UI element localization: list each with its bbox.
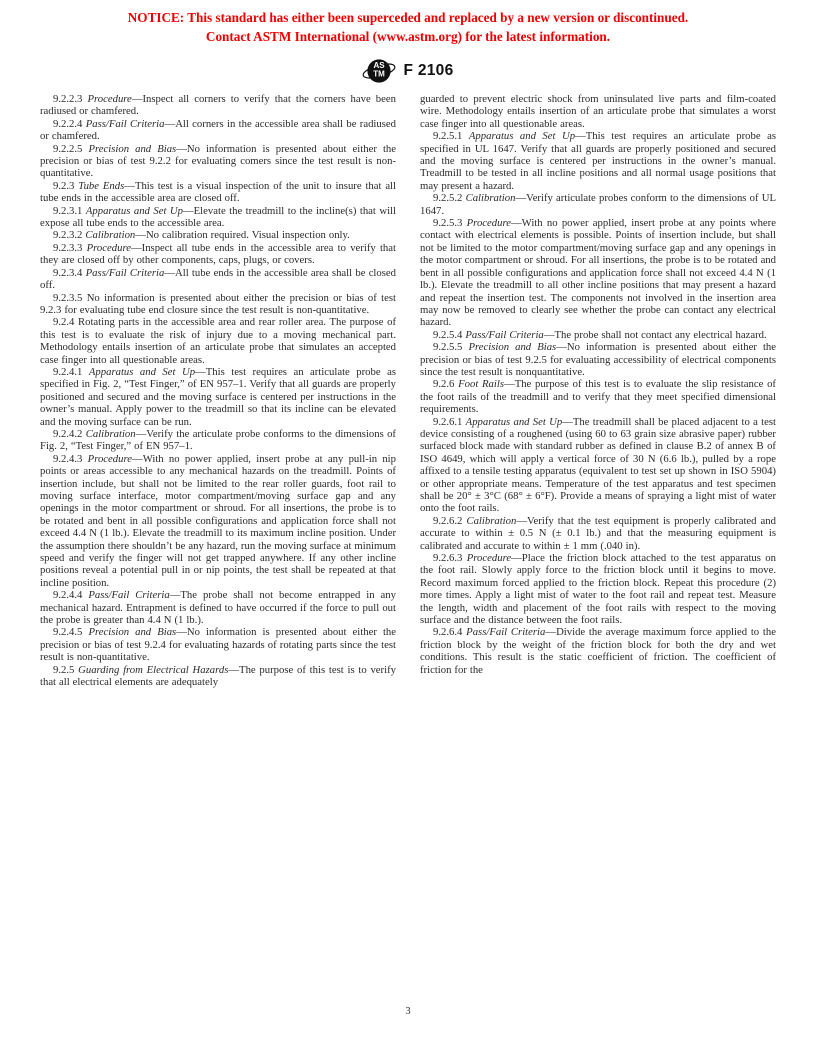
section-heading: Calibration (85, 229, 135, 241)
section-paragraph: 9.2.5.3 Procedure—With no power applied,… (420, 217, 776, 329)
section-heading: Pass/Fail Criteria (86, 267, 165, 279)
section-heading: Apparatus and Set Up (469, 130, 575, 142)
section-number: 9.2.3.5 (53, 292, 87, 304)
section-paragraph: 9.2.4 Rotating parts in the accessible a… (40, 316, 396, 366)
section-paragraph: 9.2.3.5 No information is presented abou… (40, 292, 396, 317)
section-number: 9.2.6.1 (433, 416, 466, 428)
section-heading: Calibration (466, 515, 516, 527)
section-paragraph: 9.2.6.2 Calibration—Verify that the test… (420, 515, 776, 552)
section-number: 9.2.6.4 (433, 626, 466, 638)
section-number: 9.2.5.2 (433, 192, 466, 204)
section-paragraph: 9.2.4.5 Precision and Bias—No informatio… (40, 626, 396, 663)
section-number: 9.2.4.5 (53, 626, 88, 638)
section-heading: Calibration (466, 192, 516, 204)
document-page: NOTICE: This standard has either been su… (0, 0, 816, 1056)
section-heading: Pass/Fail Criteria (465, 329, 543, 341)
notice-line-1: NOTICE: This standard has either been su… (0, 8, 816, 27)
section-paragraph: 9.2.5.5 Precision and Bias—No informatio… (420, 341, 776, 378)
notice-line-2: Contact ASTM International (www.astm.org… (0, 27, 816, 46)
section-paragraph: 9.2.4.2 Calibration—Verify the articulat… (40, 428, 396, 453)
section-number: 9.2.3.1 (53, 205, 86, 217)
section-paragraph: 9.2.5.4 Pass/Fail Criteria—The probe sha… (420, 329, 776, 341)
section-number: 9.2.4.4 (53, 589, 88, 601)
section-number: 9.2.6 (433, 378, 458, 390)
section-paragraph: 9.2.5 Guarding from Electrical Hazards—T… (40, 664, 396, 689)
section-paragraph: 9.2.5.1 Apparatus and Set Up—This test r… (420, 130, 776, 192)
section-paragraph: 9.2.3.1 Apparatus and Set Up—Elevate the… (40, 205, 396, 230)
supersession-notice: NOTICE: This standard has either been su… (0, 0, 816, 46)
section-number: 9.2.3.3 (53, 242, 87, 254)
section-paragraph: 9.2.4.4 Pass/Fail Criteria—The probe sha… (40, 589, 396, 626)
section-heading: Procedure (87, 93, 131, 105)
section-number: 9.2.5.4 (433, 329, 465, 341)
section-paragraph: 9.2.3.3 Procedure—Inspect all tube ends … (40, 242, 396, 267)
section-paragraph: 9.2.2.5 Precision and Bias—No informatio… (40, 143, 396, 180)
column-right: guarded to prevent electric shock from u… (420, 93, 776, 689)
section-heading: Precision and Bias (468, 341, 556, 353)
section-number: 9.2.5.1 (433, 130, 469, 142)
section-heading: Procedure (467, 552, 511, 564)
section-heading: Apparatus and Set Up (466, 416, 563, 428)
section-number: 9.2.4.3 (53, 453, 88, 465)
column-left: 9.2.2.3 Procedure—Inspect all corners to… (40, 93, 396, 689)
section-number: 9.2.6.2 (433, 515, 466, 527)
section-heading: Precision and Bias (88, 143, 176, 155)
svg-text:TM: TM (374, 70, 386, 79)
section-number: 9.2.5 (53, 664, 78, 676)
section-heading: Procedure (88, 453, 132, 465)
section-paragraph: 9.2.2.3 Procedure—Inspect all corners to… (40, 93, 396, 118)
astm-logo-icon: AS TM (362, 56, 396, 86)
section-heading: Apparatus and Set Up (89, 366, 195, 378)
section-heading: Tube Ends (78, 180, 124, 192)
section-paragraph: 9.2.5.2 Calibration—Verify articulate pr… (420, 192, 776, 217)
section-heading: Pass/Fail Criteria (86, 118, 165, 130)
section-paragraph: 9.2.6.4 Pass/Fail Criteria—Divide the av… (420, 626, 776, 676)
section-number: 9.2.2.4 (53, 118, 86, 130)
section-number: 9.2.3.4 (53, 267, 86, 279)
section-heading: Apparatus and Set Up (86, 205, 183, 217)
section-number: 9.2.4 (53, 316, 78, 328)
section-paragraph: guarded to prevent electric shock from u… (420, 93, 776, 130)
section-paragraph: 9.2.3.2 Calibration—No calibration requi… (40, 229, 396, 241)
section-heading: Foot Rails (458, 378, 504, 390)
section-heading: Procedure (467, 217, 511, 229)
section-paragraph: 9.2.3.4 Pass/Fail Criteria—All tube ends… (40, 267, 396, 292)
section-heading: Calibration (86, 428, 136, 440)
section-paragraph: 9.2.6.1 Apparatus and Set Up—The treadmi… (420, 416, 776, 515)
section-heading: Procedure (87, 242, 131, 254)
two-column-body: 9.2.2.3 Procedure—Inspect all corners to… (40, 93, 776, 689)
section-number: 9.2.6.3 (433, 552, 467, 564)
section-number: 9.2.5.5 (433, 341, 468, 353)
section-number: 9.2.4.2 (53, 428, 86, 440)
section-heading: Pass/Fail Criteria (466, 626, 545, 638)
section-paragraph: 9.2.6 Foot Rails—The purpose of this tes… (420, 378, 776, 415)
section-number: 9.2.2.3 (53, 93, 87, 105)
section-heading: Guarding from Electrical Hazards (78, 664, 228, 676)
section-number: 9.2.4.1 (53, 366, 89, 378)
section-paragraph: 9.2.4.3 Procedure—With no power applied,… (40, 453, 396, 589)
section-number: 9.2.5.3 (433, 217, 467, 229)
section-heading: Pass/Fail Criteria (88, 589, 169, 601)
section-paragraph: 9.2.2.4 Pass/Fail Criteria—All corners i… (40, 118, 396, 143)
section-number: 9.2.3.2 (53, 229, 85, 241)
section-paragraph: 9.2.3 Tube Ends—This test is a visual in… (40, 180, 396, 205)
standard-designation: AS TM F 2106 (0, 54, 816, 88)
section-paragraph: 9.2.4.1 Apparatus and Set Up—This test r… (40, 366, 396, 428)
page-number: 3 (0, 1006, 816, 1017)
designation-code: F 2106 (403, 62, 453, 80)
section-heading: Precision and Bias (88, 626, 176, 638)
section-number: 9.2.3 (53, 180, 78, 192)
section-number: 9.2.2.5 (53, 143, 88, 155)
section-paragraph: 9.2.6.3 Procedure—Place the friction blo… (420, 552, 776, 626)
